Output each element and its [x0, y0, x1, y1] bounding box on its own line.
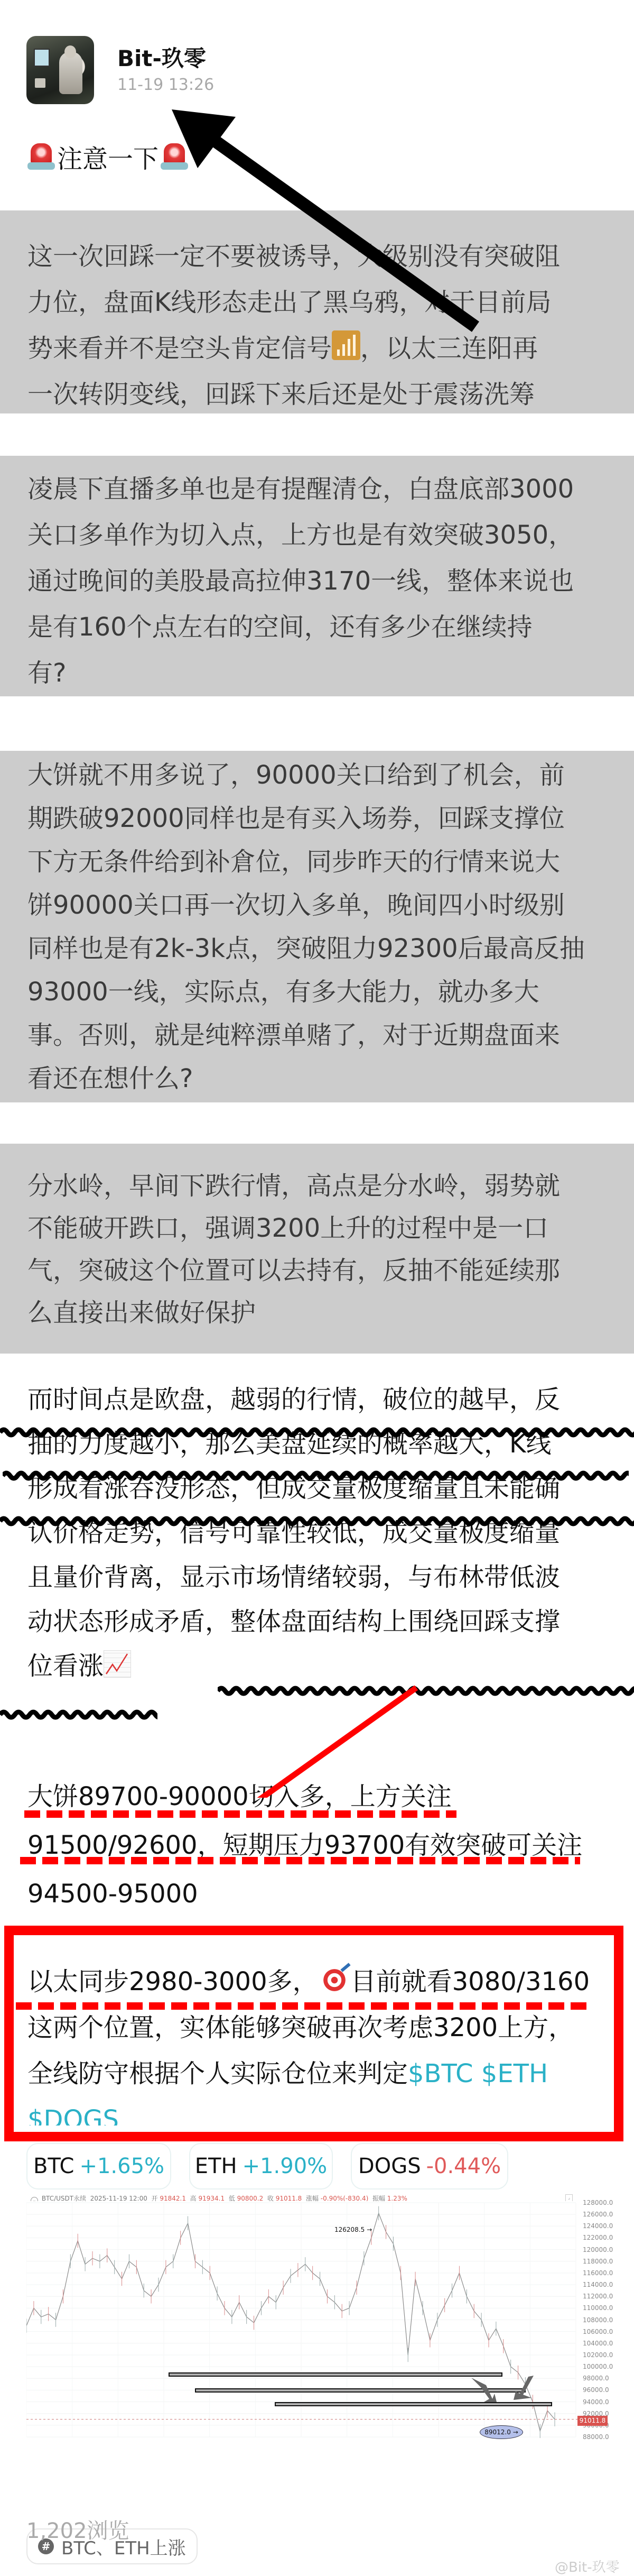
text-line: 大饼就不用多说了，90000关口给到了机会，前	[27, 753, 609, 797]
squiggle-underline	[3, 1469, 629, 1483]
y-tick-label: 124000.0	[583, 2222, 613, 2230]
text-line: 而时间点是欧盘，越弱的行情，破位的越早，反	[27, 1377, 609, 1422]
text-span: 目前就看3080/3160	[351, 1967, 590, 1997]
text-line: 94500-95000	[27, 1870, 609, 1918]
y-tick-label: 112000.0	[583, 2293, 613, 2300]
police-siren-icon	[161, 142, 188, 172]
text-line: 一次转阴变线，回踩下来后还是处于震荡洗筹	[27, 372, 609, 418]
y-tick-label: 116000.0	[583, 2269, 613, 2277]
text-line: 全线防守根据个人实际仓位来判定$BTC $ETH	[27, 2051, 609, 2097]
text-line: 力位，盘面K线形态走出了黑乌鸦，对于目前局	[27, 280, 609, 326]
avatar-figure-shape	[59, 52, 82, 94]
paragraph: 凌晨下直播多单也是有提醒清仓，白盘底部3000 关口多单作为切入点，上方也是有效…	[27, 466, 609, 696]
y-tick-label: 104000.0	[583, 2340, 613, 2347]
text-line: 是有160个点左右的空间，还有多少在继续持	[27, 604, 609, 650]
gray-block-4: 分水岭，早间下跌行情，高点是分水岭，弱势就 不能破开跌口，强调3200上升的过程…	[0, 1144, 634, 1354]
squiggle-underline	[0, 1425, 634, 1439]
text-span: 全线防守根据个人实际仓位来判定	[27, 2059, 408, 2089]
fullscreen-icon[interactable]: ⌟	[565, 2194, 573, 2202]
text-line: 动状态形成矛盾，整体盘面结构上围绕回踩支撑	[27, 1599, 609, 1644]
chart-low-annotation: 89012.0 →	[480, 2425, 523, 2439]
alert-title-text: 注意一下	[57, 139, 158, 175]
y-tick-label: 102000.0	[583, 2351, 613, 2359]
gray-block-3: 大饼就不用多说了，90000关口给到了机会，前 期跌破92000同样也是有买入场…	[0, 751, 634, 1102]
text-line: 事。否则，就是纯粹漂单赌了，对于近期盘面来	[27, 1014, 609, 1057]
avatar[interactable]	[26, 36, 94, 104]
gray-block-1: 这一次回踩一定不要被诱导，大级别没有突破阻 力位，盘面K线形态走出了黑乌鸦，对于…	[0, 210, 634, 413]
text-span: 势来看并不是空头肯定信号	[27, 334, 332, 363]
text-line: 位看涨	[27, 1644, 609, 1688]
text-line: 有?	[27, 650, 609, 696]
y-tick-label: 120000.0	[583, 2246, 613, 2253]
y-tick-label: 110000.0	[583, 2304, 613, 2312]
red-dashed-underline	[24, 1810, 456, 1818]
gray-block-2: 凌晨下直播多单也是有提醒清仓，白盘底部3000 关口多单作为切入点，上方也是有效…	[0, 456, 634, 696]
paragraph-white-1: 而时间点是欧盘，越弱的行情，破位的越早，反 抽的力度越小，那么美盘延续的概率越大…	[27, 1377, 609, 1688]
police-siren-icon	[27, 142, 55, 172]
ticker-chip-btc[interactable]: BTC +1.65%	[26, 2143, 171, 2189]
direct-hit-target-icon	[320, 1966, 349, 1994]
y-tick-label: 114000.0	[583, 2281, 613, 2288]
text-line: $DOGS	[27, 2097, 609, 2126]
avatar-monitor-shape	[34, 49, 50, 67]
red-box-bottom-edge	[4, 2132, 623, 2141]
text-line: 分水岭，早间下跌行情，高点是分水岭，弱势就	[27, 1165, 609, 1207]
text-span: 位看涨	[27, 1651, 104, 1681]
chart-high-annotation: 126208.5 →	[334, 2226, 372, 2233]
alert-title: 注意一下	[27, 139, 190, 175]
tag-link-dogs[interactable]: $DOGS	[27, 2105, 119, 2126]
text-line: 不能破开跌口，强调3200上升的过程中是一口	[27, 1207, 609, 1249]
text-line: 93000一线，实际点，有多大能力，就办多大	[27, 970, 609, 1014]
author-name[interactable]: Bit-玖零	[117, 41, 206, 73]
text-line: 通过晚间的美股最高拉伸3170一线，整体来说也	[27, 558, 609, 604]
red-dashed-underline	[20, 1857, 580, 1864]
y-tick-label: 108000.0	[583, 2316, 613, 2324]
y-tick-label: 94000.0	[583, 2398, 609, 2406]
tag-link-btc[interactable]: $BTC	[408, 2059, 473, 2089]
avatar-head-shape	[64, 45, 76, 58]
ticker-symbol: BTC	[33, 2154, 74, 2178]
ticker-symbol: ETH	[195, 2154, 237, 2178]
ticker-change: -0.44%	[426, 2154, 501, 2178]
y-tick-label: 96000.0	[583, 2386, 609, 2394]
ticker-change: +1.90%	[243, 2154, 328, 2178]
text-line: 同样也是有2k-3k点，突破阻力92300后最高反抽	[27, 927, 609, 970]
squiggle-underline	[218, 1684, 634, 1698]
text-line: 且量价背离，显示市场情绪较弱，与布林带低波	[27, 1555, 609, 1599]
y-tick-label: 122000.0	[583, 2234, 613, 2241]
ticker-symbol: DOGS	[358, 2154, 421, 2178]
view-count: 1,202浏览	[26, 2514, 129, 2544]
text-line: 凌晨下直播多单也是有提醒清仓，白盘底部3000	[27, 466, 609, 512]
red-dashed-underline	[16, 2002, 588, 2010]
paragraph: 大饼就不用多说了，90000关口给到了机会，前 期跌破92000同样也是有买入场…	[27, 753, 609, 1100]
y-tick-label: 118000.0	[583, 2258, 613, 2265]
y-tick-label: 106000.0	[583, 2328, 613, 2335]
y-tick-label: 128000.0	[583, 2199, 613, 2206]
text-line: 么直接出来做好保护	[27, 1292, 609, 1334]
text-line: 关口多单作为切入点，上方也是有效突破3050，	[27, 512, 609, 558]
chart-increasing-icon	[104, 1650, 131, 1678]
text-span: ，以太三连阳再	[360, 334, 538, 363]
text-line: 这一次回踩一定不要被诱导，大级别没有突破阻	[27, 234, 609, 280]
text-line: 看还在想什么?	[27, 1057, 609, 1100]
text-line: 以太同步2980-3000多，目前就看3080/3160	[27, 1959, 609, 2005]
text-span: 以太同步2980-3000多，	[27, 1967, 318, 1997]
ticker-change: +1.65%	[79, 2154, 164, 2178]
text-line: 期跌破92000同样也是有买入场券，回踩支撑位	[27, 797, 609, 840]
tag-link-eth[interactable]: $ETH	[481, 2059, 548, 2089]
chart-arrows-icon	[465, 2371, 539, 2419]
paragraph-btc-entry: 大饼89700-90000切入多，上方关注 91500/92600，短期压力93…	[27, 1772, 609, 1918]
y-tick-label: 98000.0	[583, 2375, 609, 2382]
current-price-tag: 91011.8	[577, 2416, 608, 2426]
bar-chart-signal-icon	[332, 330, 360, 360]
paragraph: 这一次回踩一定不要被诱导，大级别没有突破阻 力位，盘面K线形态走出了黑乌鸦，对于…	[27, 234, 609, 418]
paragraph: 分水岭，早间下跌行情，高点是分水岭，弱势就 不能破开跌口，强调3200上升的过程…	[27, 1165, 609, 1334]
avatar-cup-shape	[35, 78, 45, 88]
ticker-chip-eth[interactable]: ETH +1.90%	[189, 2143, 333, 2189]
text-line: 这两个位置，实体能够突破再次考虑3200上方，	[27, 2005, 609, 2051]
paragraph-eth: 以太同步2980-3000多，目前就看3080/3160 这两个位置，实体能够突…	[27, 1959, 609, 2126]
squiggle-underline	[0, 1708, 157, 1722]
squiggle-underline	[0, 1514, 634, 1528]
text-line: 势来看并不是空头肯定信号，以太三连阳再	[27, 326, 609, 372]
text-line: 下方无条件给到补倉位，同步昨天的行情来说大	[27, 840, 609, 884]
y-tick-label: 100000.0	[583, 2363, 613, 2370]
text-line: 饼90000关口再一次切入多单，晚间四小时级别	[27, 884, 609, 927]
y-tick-label: 126000.0	[583, 2211, 613, 2218]
ticker-chip-dogs[interactable]: DOGS -0.44%	[351, 2143, 508, 2189]
support-line-1	[169, 2372, 502, 2377]
watermark: @Bit-玖零	[555, 2556, 620, 2576]
y-tick-label: 88000.0	[583, 2433, 609, 2441]
text-line: 气，突破这个位置可以去持有，反抽不能延续那	[27, 1249, 609, 1292]
post-timestamp: 11-19 13:26	[117, 76, 214, 94]
